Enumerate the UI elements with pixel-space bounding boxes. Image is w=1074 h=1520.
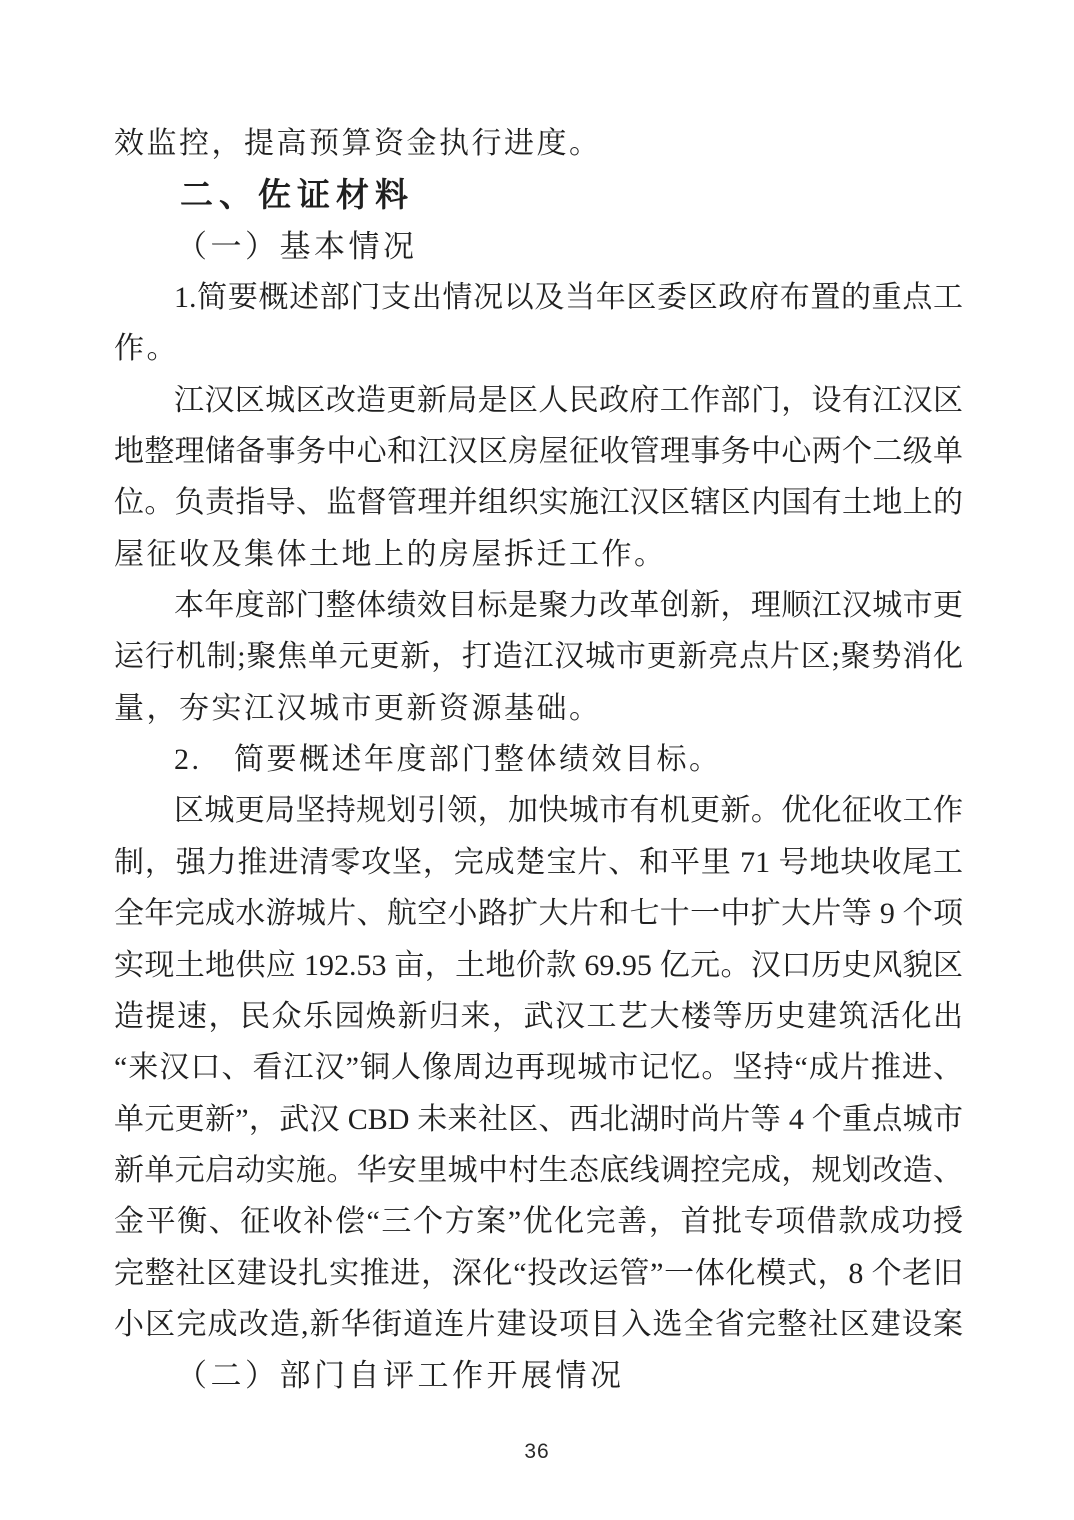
doc-line: 1.简要概述部门支出情况以及当年区委区政府布置的重点工 [114, 272, 963, 323]
doc-line: 小区完成改造,新华街道连片建设项目入选全省完整社区建设案例。 [114, 1299, 963, 1350]
doc-line: 运行机制;聚焦单元更新，打造江汉城市更新亮点片区;聚势消化存 [114, 631, 963, 682]
page-number: 36 [0, 1438, 1074, 1466]
doc-line: 金平衡、征收补偿“三个方案”优化完善，首批专项借款成功授信。 [114, 1196, 963, 1247]
doc-line: 本年度部门整体绩效目标是聚力改革创新，理顺江汉城市更新 [114, 580, 963, 631]
document-body: 效监控，提高预算资金执行进度。 二、佐证材料 （一）基本情况 1.简要概述部门支… [114, 118, 963, 1402]
doc-line: 屋征收及集体土地上的房屋拆迁工作。 [114, 529, 963, 580]
doc-line: 造提速，民众乐园焕新归来，武汉工艺大楼等历史建筑活化出新， [114, 991, 963, 1042]
doc-line: 地整理储备事务中心和江汉区房屋征收管理事务中心两个二级单 [114, 426, 963, 477]
doc-line: 作。 [114, 323, 963, 374]
doc-line: 江汉区城区改造更新局是区人民政府工作部门，设有江汉区土 [114, 375, 963, 426]
sub-heading: （一）基本情况 [114, 221, 963, 272]
sub-heading: （二）部门自评工作开展情况 [114, 1350, 963, 1401]
document-page: 效监控，提高预算资金执行进度。 二、佐证材料 （一）基本情况 1.简要概述部门支… [0, 0, 1074, 1520]
doc-line: 量，夯实江汉城市更新资源基础。 [114, 683, 963, 734]
doc-line: 实现土地供应 192.53 亩，土地价款 69.95 亿元。汉口历史风貌区改 [114, 940, 963, 991]
doc-line: 完整社区建设扎实推进，深化“投改运管”一体化模式，8 个老旧 [114, 1248, 963, 1299]
doc-line: 单元更新”，武汉 CBD 未来社区、西北湖时尚片等 4 个重点城市更 [114, 1094, 963, 1145]
doc-line: 区城更局坚持规划引领，加快城市有机更新。优化征收工作机 [114, 785, 963, 836]
section-heading: 二、佐证材料 [114, 169, 963, 220]
doc-line: 效监控，提高预算资金执行进度。 [114, 118, 963, 169]
doc-line: 制，强力推进清零攻坚，完成楚宝片、和平里 71 号地块收尾工作。 [114, 837, 963, 888]
doc-line: “来汉口、看江汉”铜人像周边再现城市记忆。坚持“成片推进、 [114, 1042, 963, 1093]
doc-line: 新单元启动实施。华安里城中村生态底线调控完成，规划改造、资 [114, 1145, 963, 1196]
doc-line: 全年完成水游城片、航空小路扩大片和七十一中扩大片等 9 个项目， [114, 888, 963, 939]
doc-line: 2. 简要概述年度部门整体绩效目标。 [114, 734, 963, 785]
doc-line: 位。负责指导、监督管理并组织实施江汉区辖区内国有土地上的房 [114, 477, 963, 528]
